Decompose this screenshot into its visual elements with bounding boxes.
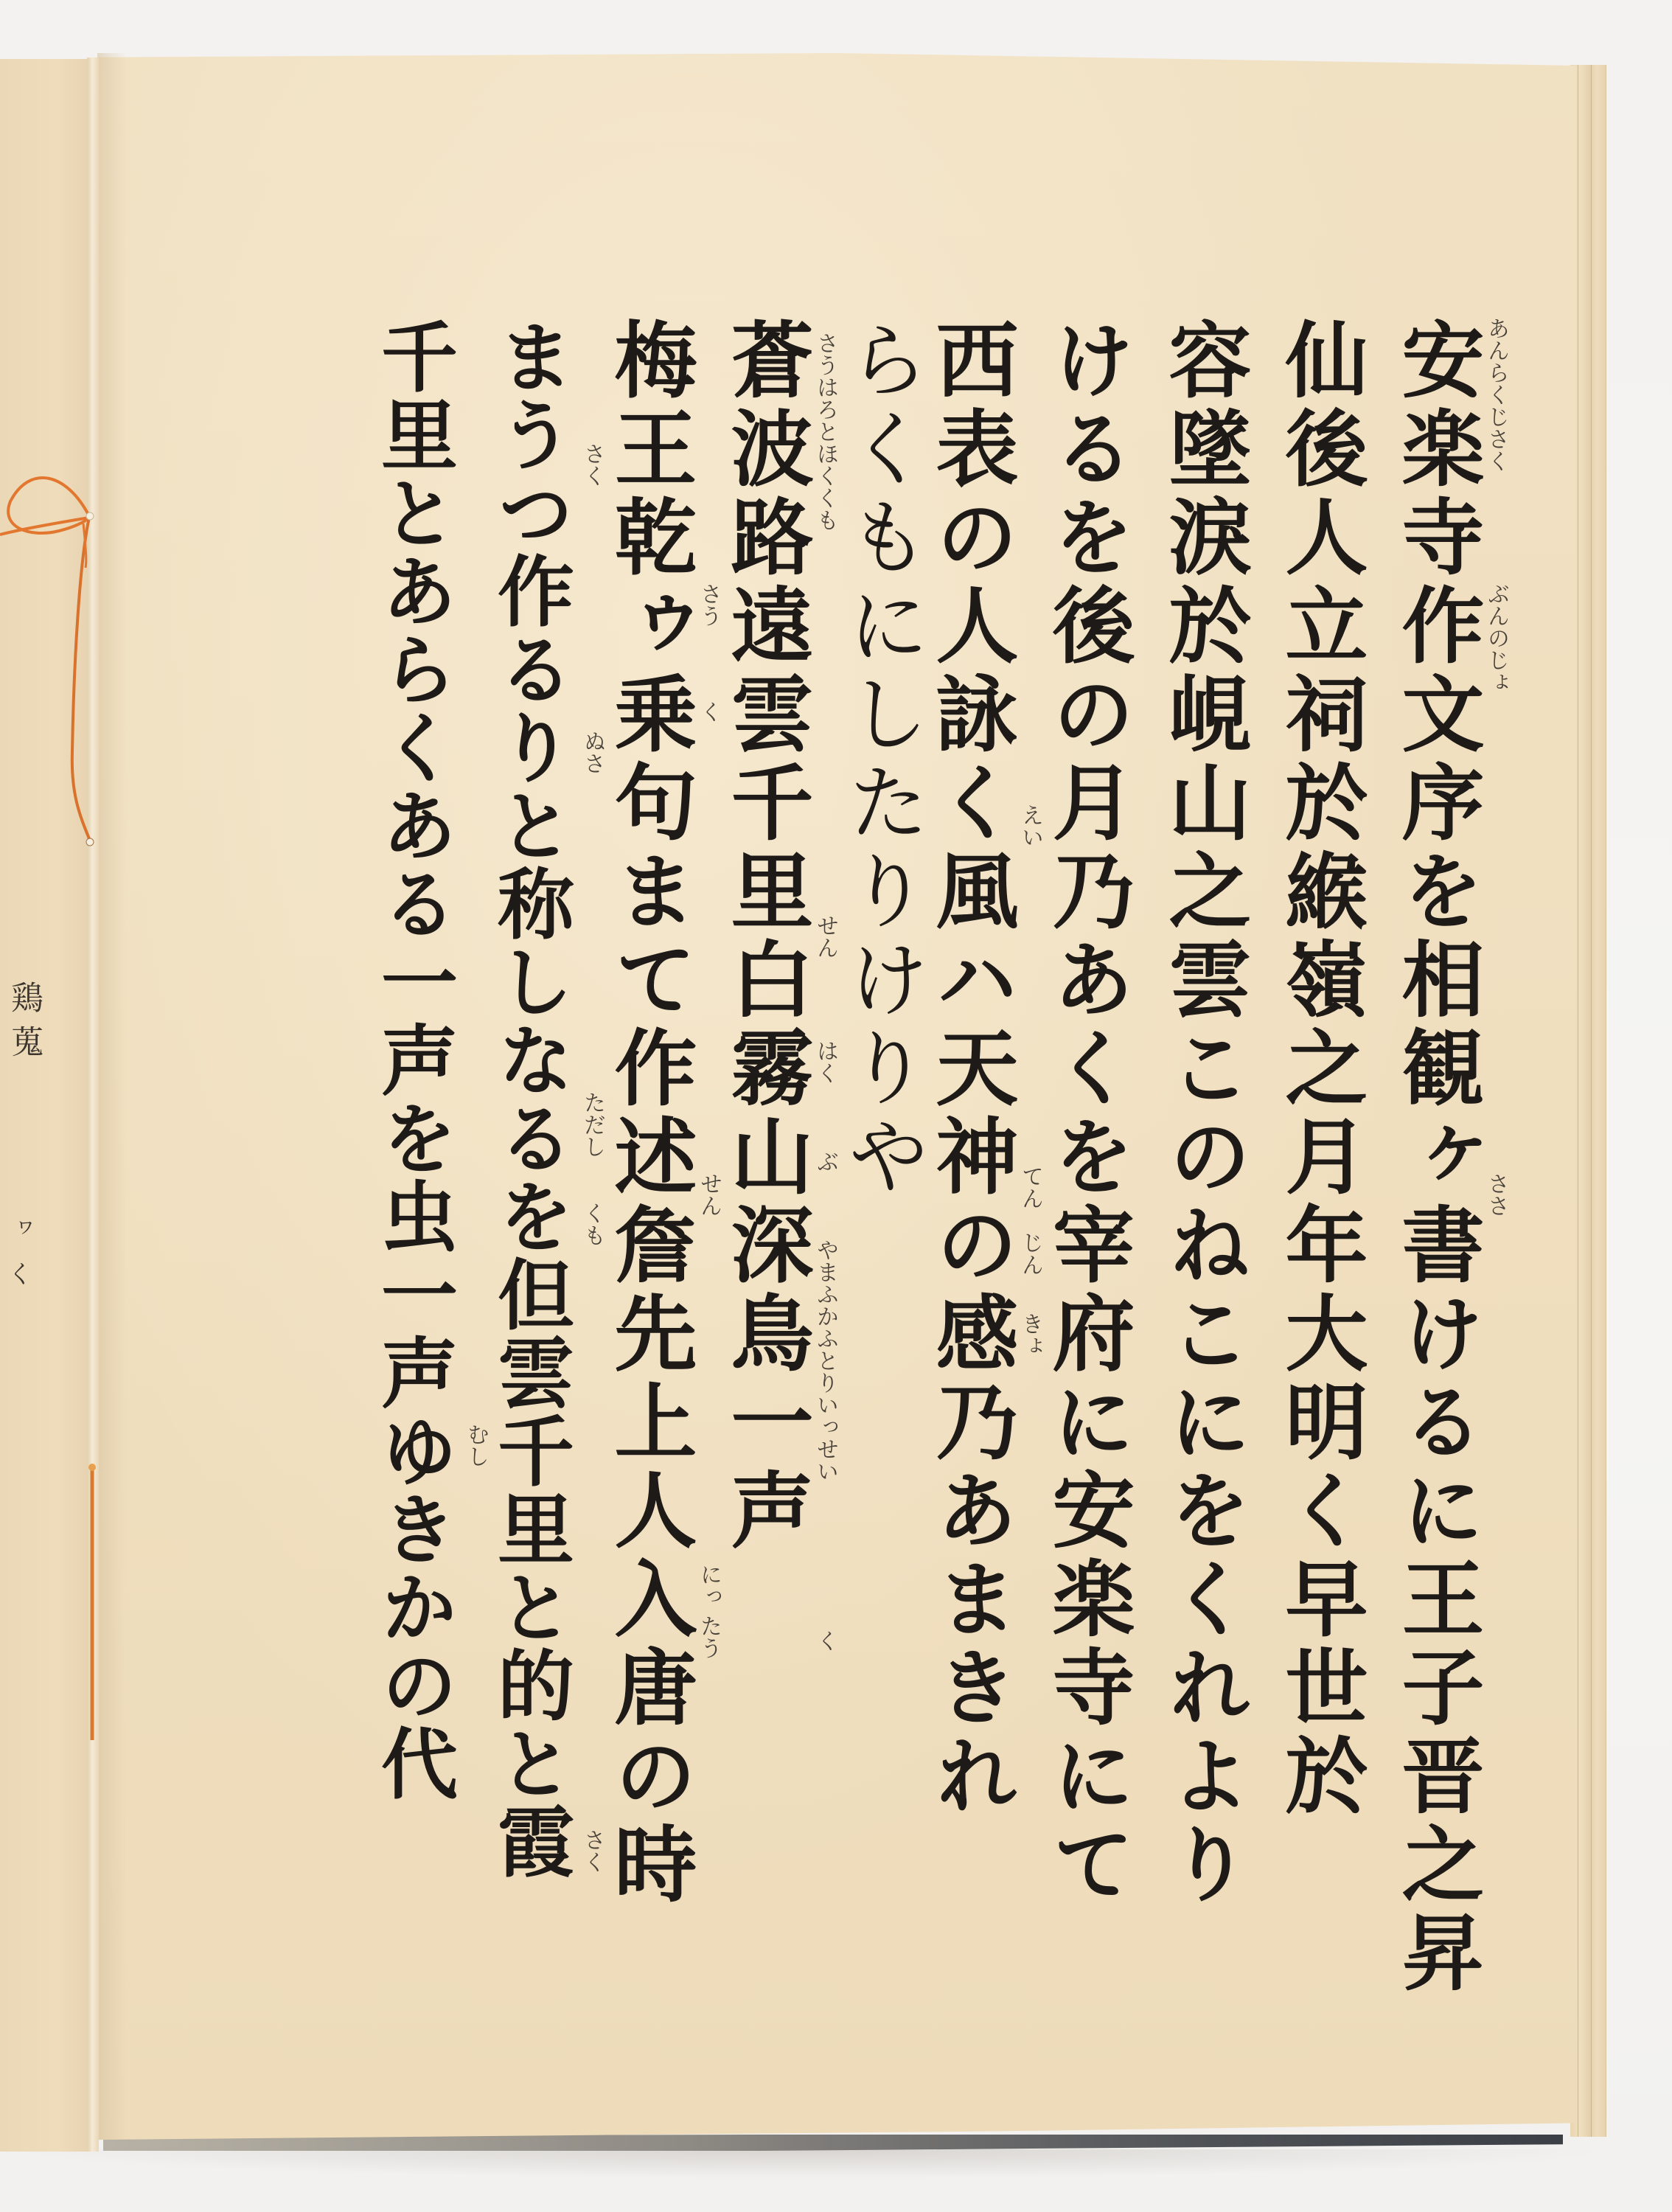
furigana: にっ [697, 1563, 720, 1607]
left-page-fragment: 鶏 蒐 ヮ く [0, 59, 96, 2152]
furigana: さく [581, 1829, 603, 1873]
text-column-1: 安楽寺作文序を相観ヶ書けるに王子晋之昇 あんらくじさく ぶんのじょ ささ [1387, 317, 1504, 2028]
book-shadow [0, 2149, 1622, 2179]
text-column-8: 梅王乾ゥ乗句まて作述詹先上人入唐の時 さう く せん にっ たう [600, 317, 717, 2028]
furigana: じん [1019, 1231, 1041, 1276]
furigana: さく [581, 442, 603, 487]
furigana: さう [697, 582, 720, 627]
column-text: 容墜淚於峴山之雲このねこにをくれより [1162, 317, 1244, 1910]
furigana: せん [814, 914, 836, 959]
text-columns: 安楽寺作文序を相観ヶ書けるに王子晋之昇 あんらくじさく ぶんのじょ ささ 仙後人… [177, 317, 1504, 2028]
furigana: くも [581, 1202, 603, 1246]
text-column-4: けるを後の月乃あくを宰府に安楽寺にて [1038, 317, 1154, 2028]
furigana: はく [814, 1040, 836, 1084]
furigana: ぶんのじょ [1485, 582, 1507, 693]
furigana: あんらくじさく [1485, 317, 1507, 472]
furigana: せん [697, 1172, 720, 1217]
left-page-glyph: ヮ [3, 1217, 35, 1239]
furigana: てん [1019, 1165, 1041, 1209]
column-text: 千里とあらくある一声を虫一声ゆきかの代 [375, 317, 451, 1802]
column-text: 蒼波路遠雲千里白霧山深鳥一声 [724, 317, 807, 1556]
column-text: らくもにしたりけりや [840, 317, 923, 1202]
column-text: 梅王乾ゥ乗句まて作述詹先上人入唐の時 [607, 317, 690, 1910]
column-text: 西表の人詠く風ハ天神の感乃あまきれ [929, 317, 1011, 1821]
left-page-glyph: く [0, 1261, 36, 1286]
column-text: 安楽寺作文序を相観ヶ書けるに王子晋之昇 [1395, 317, 1477, 1998]
furigana: く [697, 700, 720, 723]
furigana: さうはろとほくくも [814, 332, 836, 531]
text-column-10: 千里とあらくある一声を虫一声ゆきかの代 むし [367, 317, 484, 2028]
left-page-glyph: 鶏 [0, 981, 47, 1013]
text-column-5: 西表の人詠く風ハ天神の感乃あまきれ えい てん じん きょ [922, 317, 1038, 2028]
column-text: まうつ作るりと称しなるを但雲千里と的と霞 [491, 317, 568, 1880]
furigana: えい [1019, 804, 1041, 848]
manuscript-photo: 鶏 蒐 ヮ く 安楽寺作文序を相観ヶ書けるに王子晋之昇 あんらくじさく ぶんのじ… [0, 0, 1672, 2212]
text-column-6: らくもにしたりけりや [833, 317, 922, 2028]
furigana: むし [464, 1423, 487, 1467]
furigana: きょ [1019, 1312, 1041, 1357]
furigana: やまふかふとりいっせい [814, 1239, 836, 1482]
furigana: ぬさ [581, 730, 603, 774]
text-column-7: 蒼波路遠雲千里白霧山深鳥一声 さうはろとほくくも せん はく ぶ やまふかふとり… [717, 317, 833, 2028]
left-page-glyph: 蒐 [0, 1025, 47, 1057]
page-fold-shadow [97, 53, 127, 2140]
furigana: たう [697, 1615, 720, 1659]
furigana: く [814, 1630, 836, 1652]
column-text: 仙後人立祠於緱嶺之月年大明く早世於 [1278, 317, 1361, 1821]
furigana: ささ [1485, 1172, 1507, 1217]
furigana: ただし [581, 1091, 603, 1158]
text-column-3: 容墜淚於峴山之雲このねこにをくれより [1154, 317, 1271, 2028]
furigana: ぶ [814, 1150, 836, 1172]
text-column-2: 仙後人立祠於緱嶺之月年大明く早世於 [1271, 317, 1387, 2028]
spine-gutter [87, 58, 99, 2152]
column-text: けるを後の月乃あくを宰府に安楽寺にて [1045, 317, 1128, 1910]
text-column-9: まうつ作るりと称しなるを但雲千里と的と霞 さく ぬさ ただし くも さく [484, 317, 600, 2028]
